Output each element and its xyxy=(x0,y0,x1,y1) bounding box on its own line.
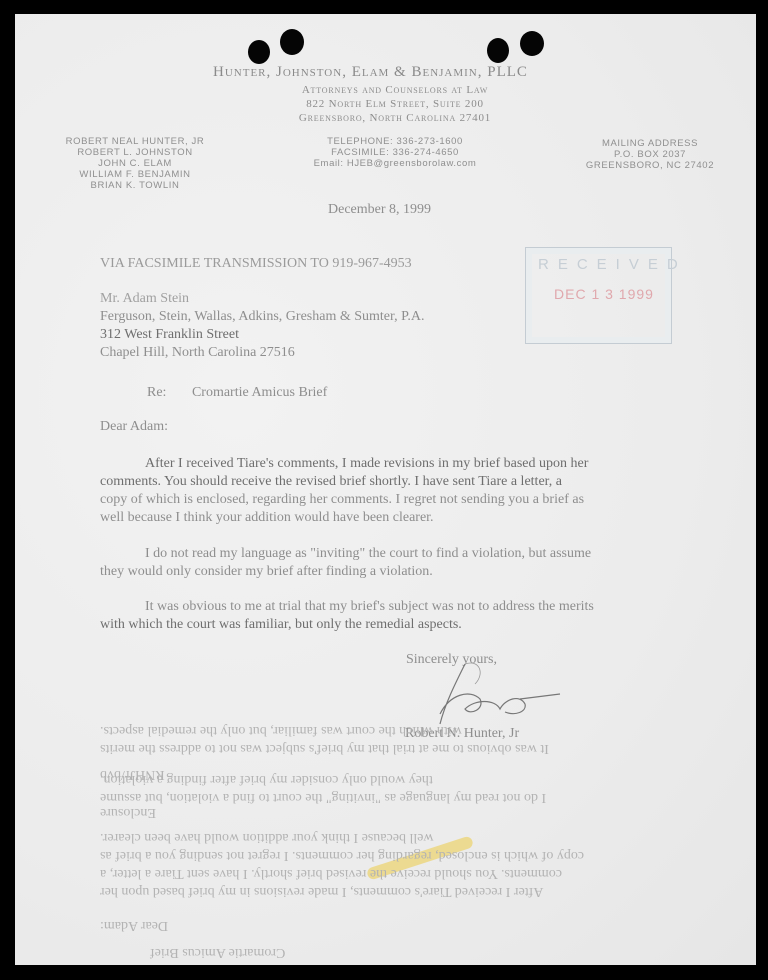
stamp-label: RECEIVED xyxy=(538,256,659,274)
re-line: Re: Cromartie Amicus Brief xyxy=(147,384,327,402)
paragraph-line: After I received Tiare's comments, I mad… xyxy=(100,455,588,473)
transmission-line: VIA FACSIMILE TRANSMISSION TO 919-967-49… xyxy=(100,255,412,273)
paragraph-line: with which the court was familiar, but o… xyxy=(100,616,594,634)
mailing-box: P.O. Box 2037 xyxy=(580,149,720,160)
bleed-through-re: Cromartie Amicus Brief xyxy=(150,944,285,960)
firm-city: Greensboro, North Carolina 27401 xyxy=(260,111,530,125)
firm-street: 822 North Elm Street, Suite 200 xyxy=(260,97,530,111)
mailing-city: Greensboro, NC 27402 xyxy=(580,160,720,171)
paragraph-line: they would only consider my brief after … xyxy=(100,563,591,581)
paragraph-line: comments. You should receive the revised… xyxy=(100,473,588,491)
bleed-through-text: After I received Tiare's comments, I mad… xyxy=(100,883,543,899)
punch-hole xyxy=(520,31,544,56)
paragraph-line: well because I think your addition would… xyxy=(100,509,588,527)
bleed-through-text: I do not read my language as "inviting" … xyxy=(100,789,546,805)
attorney-name: Brian K. Towlin xyxy=(60,180,210,191)
attorney-name: Robert L. Johnston xyxy=(60,147,210,158)
bleed-through-text: It was obvious to me at trial that my br… xyxy=(100,740,549,756)
bleed-through-enclosure: Enclosure xyxy=(100,804,156,820)
punch-hole xyxy=(280,29,304,55)
mailing-address: Mailing Address P.O. Box 2037 Greensboro… xyxy=(580,138,720,171)
paragraph-line: It was obvious to me at trial that my br… xyxy=(100,598,594,616)
recipient-block: Mr. Adam Stein Ferguson, Stein, Wallas, … xyxy=(100,290,424,362)
received-stamp: RECEIVED DEC 1 3 1999 xyxy=(525,247,672,344)
bleed-through-text: copy of which is enclosed, regarding her… xyxy=(100,847,584,863)
recipient-city: Chapel Hill, North Carolina 27516 xyxy=(100,344,424,362)
re-subject: Cromartie Amicus Brief xyxy=(192,385,327,400)
paragraph: After I received Tiare's comments, I mad… xyxy=(100,455,588,527)
attorney-name: William F. Benjamin xyxy=(60,169,210,180)
attorney-list: Robert Neal Hunter, Jr Robert L. Johnsto… xyxy=(60,136,210,191)
paragraph-line: I do not read my language as "inviting" … xyxy=(100,545,591,563)
stamp-date: DEC 1 3 1999 xyxy=(554,286,654,302)
paragraph: I do not read my language as "inviting" … xyxy=(100,545,591,581)
letter-page: Hunter, Johnston, Elam & Benjamin, PLLC … xyxy=(15,14,756,965)
bleed-through-text: with which the court was familiar, but o… xyxy=(100,722,462,738)
paragraph-line: copy of which is enclosed, regarding her… xyxy=(100,491,588,509)
letter-date: December 8, 1999 xyxy=(328,201,431,219)
attorney-name: Robert Neal Hunter, Jr xyxy=(60,136,210,147)
facsimile: Facsimile: 336-274-4650 xyxy=(295,147,495,158)
bleed-through-text: comments. You should receive the revised… xyxy=(100,865,562,881)
mailing-label: Mailing Address xyxy=(580,138,720,149)
firm-tagline: Attorneys and Counselors at Law xyxy=(260,83,530,97)
salutation: Dear Adam: xyxy=(100,418,168,436)
bleed-through-salutation: Dear Adam: xyxy=(100,917,168,933)
telephone: Telephone: 336-273-1600 xyxy=(295,136,495,147)
re-label: Re: xyxy=(147,385,166,400)
recipient-firm: Ferguson, Stein, Wallas, Adkins, Gresham… xyxy=(100,308,424,326)
firm-name: Hunter, Johnston, Elam & Benjamin, PLLC xyxy=(213,64,528,81)
contact-block: Telephone: 336-273-1600 Facsimile: 336-2… xyxy=(295,136,495,169)
recipient-name: Mr. Adam Stein xyxy=(100,290,424,308)
recipient-street: 312 West Franklin Street xyxy=(100,326,424,344)
attorney-name: John C. Elam xyxy=(60,158,210,169)
bleed-through-text: they would only consider my brief after … xyxy=(100,771,433,787)
punch-hole xyxy=(487,38,509,63)
email: Email: HJEB@greensborolaw.com xyxy=(295,158,495,169)
bleed-through-text: well because I think your addition would… xyxy=(100,829,434,845)
punch-hole xyxy=(248,40,270,64)
paragraph: It was obvious to me at trial that my br… xyxy=(100,598,594,634)
